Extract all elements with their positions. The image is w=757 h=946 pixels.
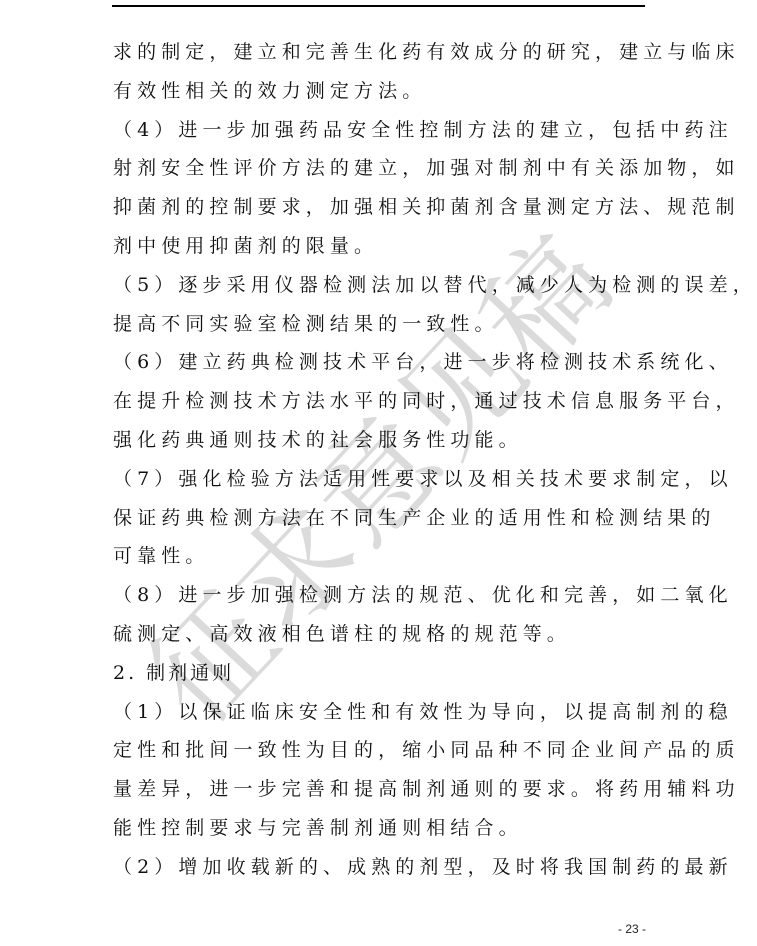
text-line: 能性控制要求与完善制剂通则相结合。 <box>113 809 653 848</box>
text-line: 求的制定，建立和完善生化药有效成分的研究，建立与临床 <box>113 33 653 72</box>
text-line: 保证药典检测方法在不同生产企业的适用性和检测结果的 <box>113 499 653 538</box>
list-item-6: （6）建立药典检测技术平台，进一步将检测技术系统化、 <box>113 343 653 382</box>
text-line: 在提升检测技术方法水平的同时，通过技术信息服务平台， <box>113 382 653 421</box>
text-line: 定性和批间一致性为目的，缩小同品种不同企业间产品的质 <box>113 731 653 770</box>
text-line: 射剂安全性评价方法的建立，加强对制剂中有关添加物，如 <box>113 149 653 188</box>
text-line: 有效性相关的效力测定方法。 <box>113 72 653 111</box>
text-line: 量差异，进一步完善和提高制剂通则的要求。将药用辅料功 <box>113 770 653 809</box>
list-item-4: （4）进一步加强药品安全性控制方法的建立，包括中药注 <box>113 111 653 150</box>
section-heading: 2. 制剂通则 <box>113 654 653 693</box>
list-item-5: （5）逐步采用仪器检测法加以替代，减少人为检测的误差， <box>113 266 653 305</box>
text-line: 可靠性。 <box>113 537 653 576</box>
text-line: 硫测定、高效液相色谱柱的规格的规范等。 <box>113 615 653 654</box>
page-number: - 23 - <box>618 922 646 936</box>
text-line: 强化药典通则技术的社会服务性功能。 <box>113 421 653 460</box>
list-item-1: （1）以保证临床安全性和有效性为导向，以提高制剂的稳 <box>113 693 653 732</box>
list-item-7: （7）强化检验方法适用性要求以及相关技术要求制定，以 <box>113 460 653 499</box>
header-rule <box>112 5 645 7</box>
page-body: 求的制定，建立和完善生化药有效成分的研究，建立与临床 有效性相关的效力测定方法。… <box>113 33 653 887</box>
list-item-8: （8）进一步加强检测方法的规范、优化和完善，如二氧化 <box>113 576 653 615</box>
text-line: 剂中使用抑菌剂的限量。 <box>113 227 653 266</box>
list-item-2: （2）增加收载新的、成熟的剂型，及时将我国制药的最新 <box>113 848 653 887</box>
text-line: 提高不同实验室检测结果的一致性。 <box>113 305 653 344</box>
text-line: 抑菌剂的控制要求，加强相关抑菌剂含量测定方法、规范制 <box>113 188 653 227</box>
